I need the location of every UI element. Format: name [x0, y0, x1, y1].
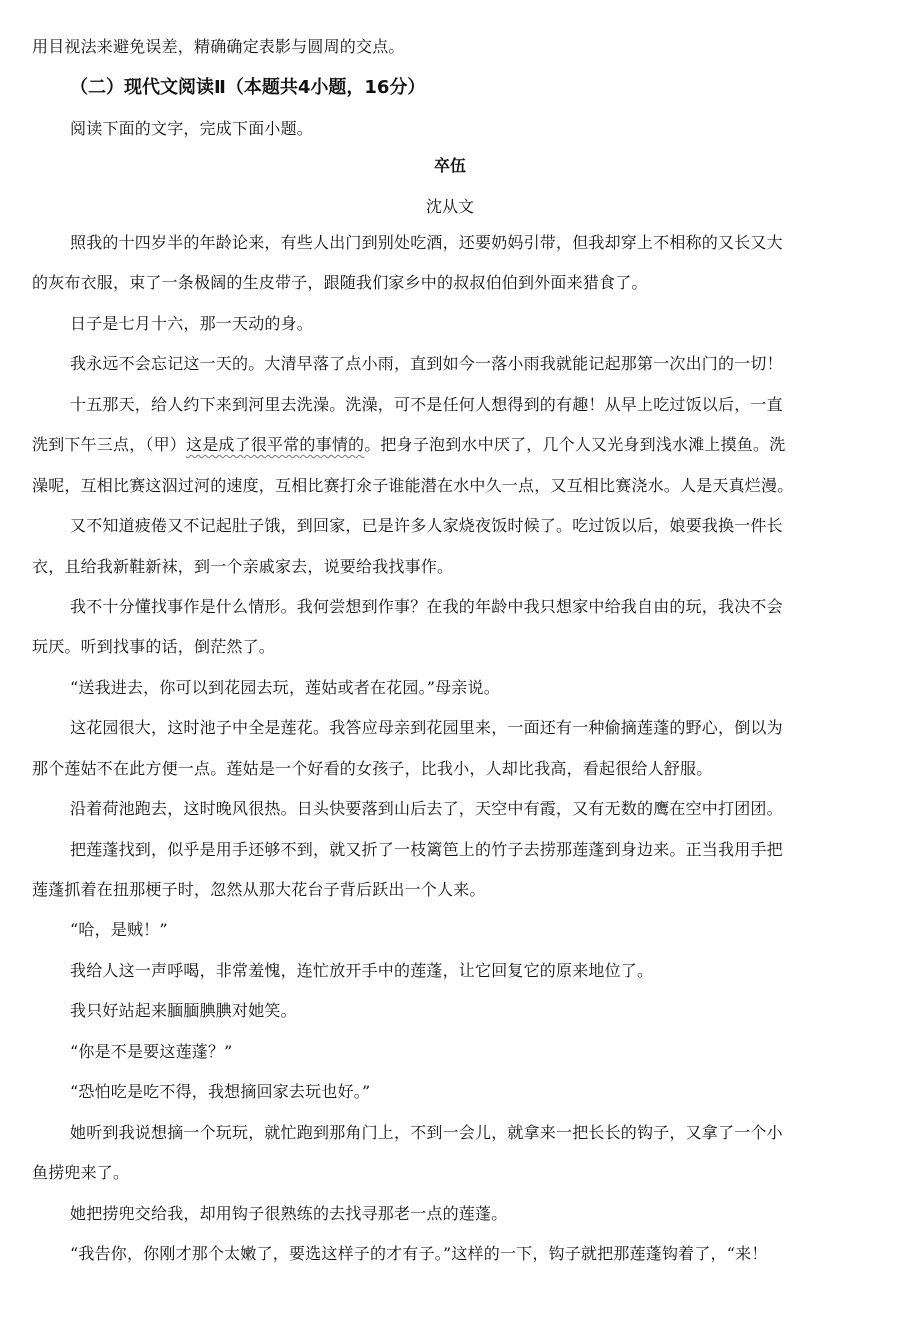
- previous-passage-line: 用目视法来避免误差，精确确定表影与圆周的交点。: [32, 37, 877, 57]
- passage-line: 她把捞兜交给我，却用钩子很熟练的去找寻那老一点的莲蓬。: [70, 1204, 900, 1224]
- passage-line: “送我进去，你可以到花园去玩，莲姑或者在花园。”母亲说。: [70, 678, 900, 698]
- passage-line: 照我的十四岁半的年龄论来，有些人出门到别处吃酒，还要奶妈引带，但我却穿上不相称的…: [70, 233, 900, 253]
- passage-author: 沈从文: [0, 197, 900, 217]
- passage-line: 沿着荷池跑去，这时晚风很热。日头快要落到山后去了，天空中有霞，又有无数的鹰在空中…: [70, 799, 900, 819]
- exam-page: 用目视法来避免误差，精确确定表影与圆周的交点。 （二）现代文阅读Ⅱ（本题共4小题…: [0, 0, 900, 1339]
- passage-line: 又不知道疲倦又不记起肚子饿，到回家，已是许多人家烧夜饭时候了。吃过饭以后，娘要我…: [70, 516, 900, 536]
- underlined-phrase-jia: 这是成了很平常的事情的: [186, 435, 364, 454]
- passage-line-marked: 洗到下午三点，（甲）这是成了很平常的事情的。把身子泡到水中厌了，几个人又光身到浅…: [32, 435, 877, 455]
- passage-line: 鱼捞兜来了。: [32, 1163, 877, 1183]
- passage-line: 我只好站起来腼腼腆腆对她笑。: [70, 1001, 900, 1021]
- passage-line: 玩厌。听到找事的话，倒茫然了。: [32, 637, 877, 657]
- passage-line: 把莲蓬找到，似乎是用手还够不到，就又折了一枝篱笆上的竹子去捞那莲蓬到身边来。正当…: [70, 840, 900, 860]
- section-title: （二）现代文阅读Ⅱ（本题共4小题，16分）: [70, 77, 425, 99]
- passage-line: 我给人这一声呼喝，非常羞愧，连忙放开手中的莲蓬，让它回复它的原来地位了。: [70, 961, 900, 981]
- passage-title: 卒伍: [0, 156, 900, 176]
- passage-line: “恐怕吃是吃不得，我想摘回家去玩也好。”: [70, 1082, 900, 1102]
- passage-line: 十五那天，给人约下来到河里去洗澡。洗澡，可不是任何人想得到的有趣！从早上吃过饭以…: [70, 395, 900, 415]
- passage-line: 的灰布衣服，束了一条极阔的生皮带子，跟随我们家乡中的叔叔伯伯到外面来猎食了。: [32, 273, 877, 293]
- instruction-text: 阅读下面的文字，完成下面小题。: [70, 119, 900, 139]
- passage-line: “你是不是要这莲蓬？”: [70, 1042, 900, 1062]
- passage-line: 她听到我说想摘一个玩玩，就忙跑到那角门上，不到一会儿，就拿来一把长长的钩子，又拿…: [70, 1123, 900, 1143]
- passage-line: 那个莲姑不在此方便一点。莲姑是一个好看的女孩子，比我小，人却比我高，看起很给人舒…: [32, 759, 877, 779]
- passage-line: 莲蓬抓着在扭那梗子时，忽然从那大花台子背后跃出一个人来。: [32, 880, 877, 900]
- marked-line-after: 。把身子泡到水中厌了，几个人又光身到浅水滩上摸鱼。洗: [364, 435, 785, 454]
- passage-line: 我永远不会忘记这一天的。大清早落了点小雨，直到如今一落小雨我就能记起那第一次出门…: [70, 354, 900, 374]
- marked-line-before: 洗到下午三点，（甲）: [32, 435, 186, 454]
- passage-line: 这花园很大，这时池子中全是莲花。我答应母亲到花园里来，一面还有一种偷摘莲蓬的野心…: [70, 718, 900, 738]
- passage-line: “哈，是贼！”: [70, 920, 900, 940]
- passage-line: 衣，且给我新鞋新袜，到一个亲戚家去，说要给我找事作。: [32, 557, 877, 577]
- passage-line: 我不十分懂找事作是什么情形。我何尝想到作事？在我的年龄中我只想家中给我自由的玩，…: [70, 597, 900, 617]
- passage-line: 日子是七月十六，那一天动的身。: [70, 314, 900, 334]
- passage-line: “我告你，你刚才那个太嫩了，要选这样子的才有子。”这样的一下，钩子就把那莲蓬钩着…: [70, 1244, 900, 1264]
- passage-line: 澡呢，互相比赛这泅过河的速度，互相比赛打氽子谁能潜在水中久一点，又互相比赛浇水。…: [32, 476, 877, 496]
